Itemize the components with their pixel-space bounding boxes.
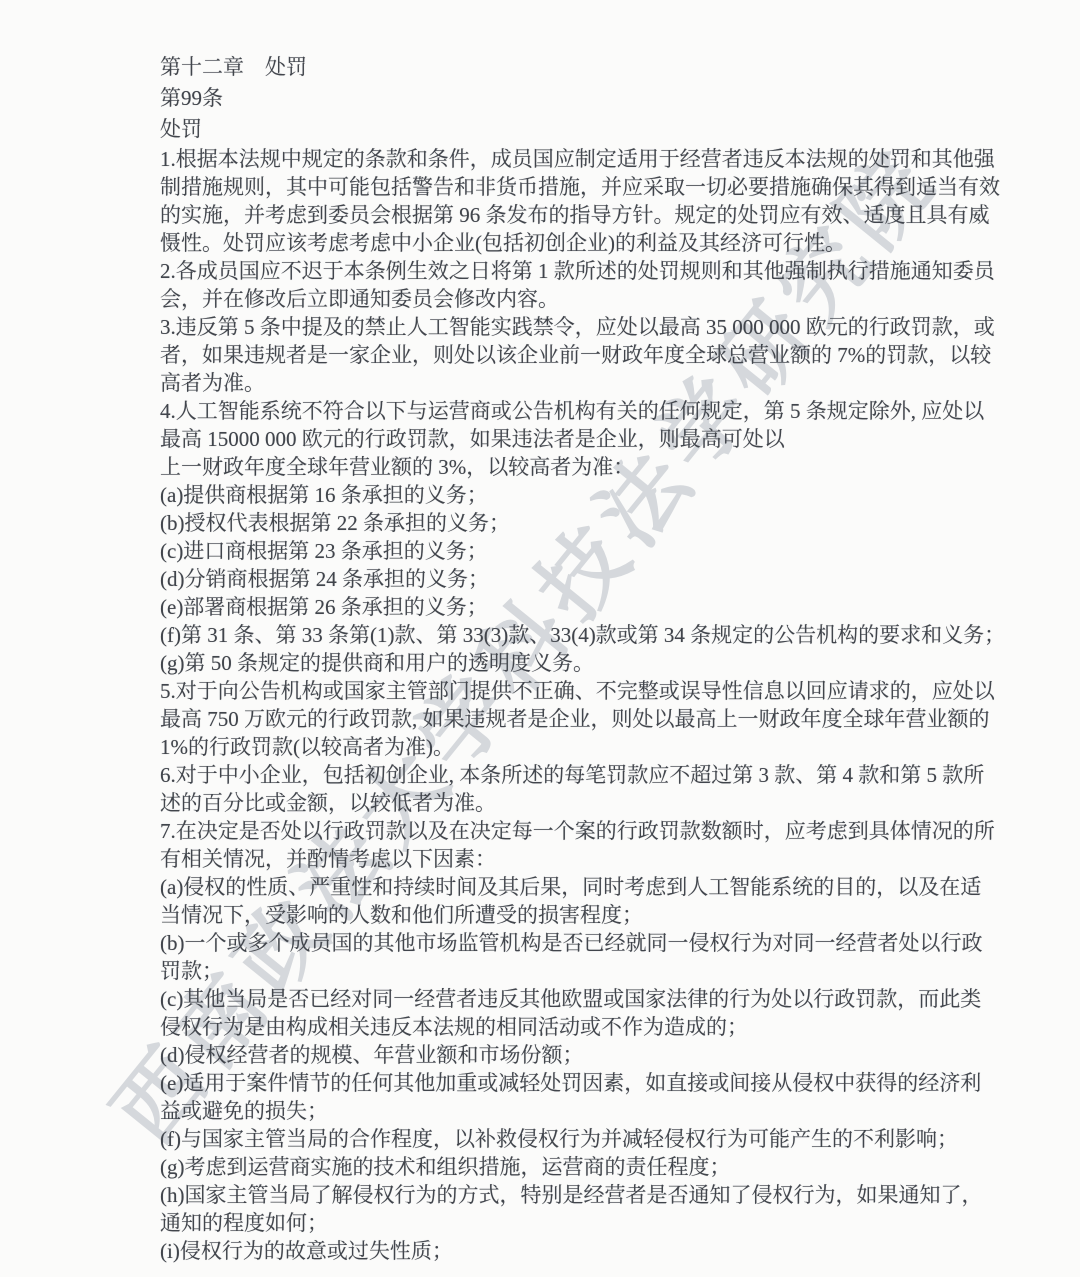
text-line: 最高 15000 000 欧元的行政罚款，如果违法者是企业，则最高可处以	[160, 425, 950, 453]
document-content: 第十二章 处罚 第99条 处罚 1.根据本法规中规定的条款和条件，成员国应制定适…	[160, 52, 950, 1265]
article-number: 第99条	[160, 83, 950, 114]
text-line: (d)分销商根据第 24 条承担的义务；	[160, 565, 950, 593]
text-line: 益或避免的损失；	[160, 1097, 950, 1125]
text-line: (f)与国家主管当局的合作程度，以补救侵权行为并减轻侵权行为可能产生的不利影响；	[160, 1125, 950, 1153]
article-title: 处罚	[160, 114, 950, 145]
text-line: (e)适用于案件情节的任何其他加重或减轻处罚因素，如直接或间接从侵权中获得的经济…	[160, 1069, 950, 1097]
text-line: 高者为准。	[160, 369, 950, 397]
text-line: 者，如果违规者是一家企业，则处以该企业前一财政年度全球总营业额的 7%的罚款，以…	[160, 341, 950, 369]
text-line: 1.根据本法规中规定的条款和条件，成员国应制定适用于经营者违反本法规的处罚和其他…	[160, 145, 950, 173]
text-line: (a)提供商根据第 16 条承担的义务；	[160, 481, 950, 509]
text-line: (i)侵权行为的故意或过失性质；	[160, 1237, 950, 1265]
text-line: 会，并在修改后立即通知委员会修改内容。	[160, 285, 950, 313]
text-line: 侵权行为是由构成相关违反本法规的相同活动或不作为造成的；	[160, 1013, 950, 1041]
text-line: (c)其他当局是否已经对同一经营者违反其他欧盟或国家法律的行为处以行政罚款，而此…	[160, 985, 950, 1013]
document-page: 西南政法大学科技法学研究院 第十二章 处罚 第99条 处罚 1.根据本法规中规定…	[0, 0, 1080, 1277]
text-line: 的实施，并考虑到委员会根据第 96 条发布的指导方针。规定的处罚应有效、适度且具…	[160, 201, 950, 229]
text-line: 最高 750 万欧元的行政罚款, 如果违规者是企业，则处以最高上一财政年度全球年…	[160, 705, 950, 733]
text-line: (g)第 50 条规定的提供商和用户的透明度义务。	[160, 649, 950, 677]
text-line: 有相关情况，并酌情考虑以下因素：	[160, 845, 950, 873]
text-line: (d)侵权经营者的规模、年营业额和市场份额；	[160, 1041, 950, 1069]
text-line: 慑性。处罚应该考虑考虑中小企业(包括初创企业)的利益及其经济可行性。	[160, 229, 950, 257]
document-body: 1.根据本法规中规定的条款和条件，成员国应制定适用于经营者违反本法规的处罚和其他…	[160, 145, 950, 1265]
text-line: 4.人工智能系统不符合以下与运营商或公告机构有关的任何规定，第 5 条规定除外,…	[160, 397, 950, 425]
text-line: (a)侵权的性质、严重性和持续时间及其后果，同时考虑到人工智能系统的目的，以及在…	[160, 873, 950, 901]
text-line: (c)进口商根据第 23 条承担的义务；	[160, 537, 950, 565]
text-line: 罚款；	[160, 957, 950, 985]
chapter-heading: 第十二章 处罚	[160, 52, 950, 83]
text-line: 当情况下，受影响的人数和他们所遭受的损害程度；	[160, 901, 950, 929]
text-line: 上一财政年度全球年营业额的 3%，以较高者为准：	[160, 453, 950, 481]
text-line: 5.对于向公告机构或国家主管部门提供不正确、不完整或误导性信息以回应请求的，应处…	[160, 677, 950, 705]
text-line: 6.对于中小企业，包括初创企业, 本条所述的每笔罚款应不超过第 3 款、第 4 …	[160, 761, 950, 789]
text-line: 1%的行政罚款(以较高者为准)。	[160, 733, 950, 761]
text-line: 7.在决定是否处以行政罚款以及在决定每一个案的行政罚款数额时，应考虑到具体情况的…	[160, 817, 950, 845]
text-line: (b)一个或多个成员国的其他市场监管机构是否已经就同一侵权行为对同一经营者处以行…	[160, 929, 950, 957]
text-line: (g)考虑到运营商实施的技术和组织措施，运营商的责任程度；	[160, 1153, 950, 1181]
text-line: (f)第 31 条、第 33 条第(1)款、第 33(3)款、33(4)款或第 …	[160, 621, 950, 649]
text-line: 制措施规则，其中可能包括警告和非货币措施，并应采取一切必要措施确保其得到适当有效	[160, 173, 950, 201]
text-line: (e)部署商根据第 26 条承担的义务；	[160, 593, 950, 621]
text-line: (h)国家主管当局了解侵权行为的方式，特别是经营者是否通知了侵权行为，如果通知了…	[160, 1181, 950, 1209]
document-headings: 第十二章 处罚 第99条 处罚	[160, 52, 950, 145]
text-line: 述的百分比或金额，以较低者为准。	[160, 789, 950, 817]
text-line: 3.违反第 5 条中提及的禁止人工智能实践禁令，应处以最高 35 000 000…	[160, 313, 950, 341]
text-line: (b)授权代表根据第 22 条承担的义务；	[160, 509, 950, 537]
text-line: 2.各成员国应不迟于本条例生效之日将第 1 款所述的处罚规则和其他强制执行措施通…	[160, 257, 950, 285]
text-line: 通知的程度如何；	[160, 1209, 950, 1237]
